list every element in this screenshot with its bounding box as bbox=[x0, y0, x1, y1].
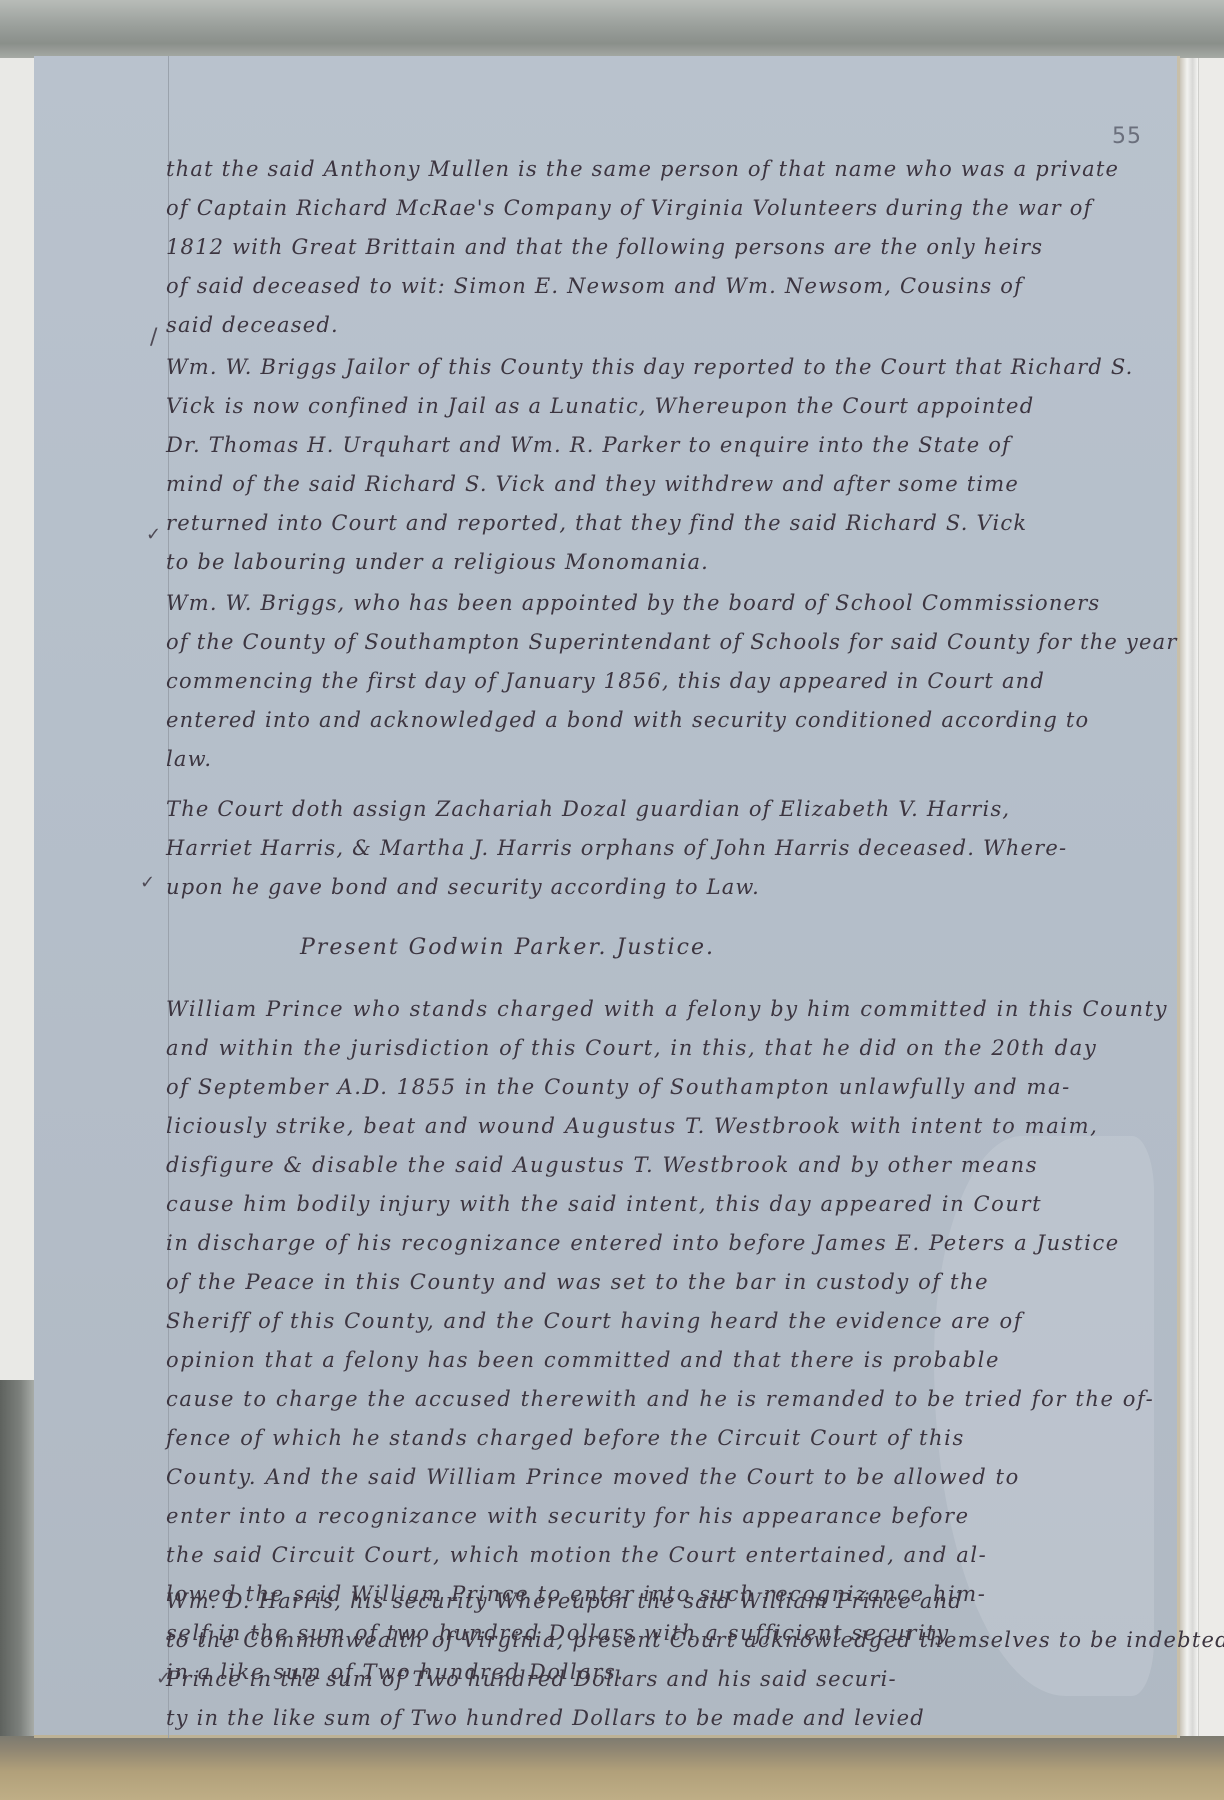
binding-top-edge bbox=[0, 0, 1224, 58]
entry-mullen-heirs: that the said Anthony Mullen is the same… bbox=[166, 150, 1166, 345]
text-line: Sheriff of this County, and the Court ha… bbox=[166, 1302, 1166, 1341]
text-line: that the said Anthony Mullen is the same… bbox=[166, 150, 1166, 189]
present-justice-heading: Present Godwin Parker. Justice. bbox=[300, 935, 715, 960]
text-line: Prince in the sum of Two hundred Dollars… bbox=[166, 1660, 1166, 1699]
text-line: said deceased. bbox=[166, 306, 1166, 345]
text-line: upon he gave bond and security according… bbox=[166, 868, 1166, 907]
text-line: fence of which he stands charged before … bbox=[166, 1419, 1166, 1458]
text-line: disfigure & disable the said Augustus T.… bbox=[166, 1146, 1166, 1185]
margin-stroke: / bbox=[150, 325, 157, 350]
entry-briggs-superintendent: Wm. W. Briggs, who has been appointed by… bbox=[166, 584, 1166, 779]
text-line: The Court doth assign Zachariah Dozal gu… bbox=[166, 790, 1166, 829]
book-bottom-edge bbox=[0, 1736, 1224, 1800]
text-line: returned into Court and reported, that t… bbox=[166, 504, 1166, 543]
text-line: Wm. W. Briggs Jailor of this County this… bbox=[166, 348, 1166, 387]
text-line: to be labouring under a religious Monoma… bbox=[166, 543, 1166, 582]
text-line: of said deceased to wit: Simon E. Newsom… bbox=[166, 267, 1166, 306]
text-line: of the Peace in this County and was set … bbox=[166, 1263, 1166, 1302]
text-line: ty in the like sum of Two hundred Dollar… bbox=[166, 1699, 1166, 1738]
text-line: Dr. Thomas H. Urquhart and Wm. R. Parker… bbox=[166, 426, 1166, 465]
text-line: Wm. D. Harris, his security Whereupon th… bbox=[166, 1582, 1166, 1621]
text-line: law. bbox=[166, 740, 1166, 779]
text-line: in discharge of his recognizance entered… bbox=[166, 1224, 1166, 1263]
text-line: entered into and acknowledged a bond wit… bbox=[166, 701, 1166, 740]
entry-harris-guardian: The Court doth assign Zachariah Dozal gu… bbox=[166, 790, 1166, 907]
text-line: cause to charge the accused therewith an… bbox=[166, 1380, 1166, 1419]
text-line: Harriet Harris, & Martha J. Harris orpha… bbox=[166, 829, 1166, 868]
checkmark-icon: ✓ bbox=[156, 1668, 171, 1689]
text-line: 1812 with Great Brittain and that the fo… bbox=[166, 228, 1166, 267]
text-line: and within the jurisdiction of this Cour… bbox=[166, 1029, 1166, 1068]
text-line: Vick is now confined in Jail as a Lunati… bbox=[166, 387, 1166, 426]
text-line: opinion that a felony has been committed… bbox=[166, 1341, 1166, 1380]
text-line: of Captain Richard McRae's Company of Vi… bbox=[166, 189, 1166, 228]
entry-vick-lunatic: Wm. W. Briggs Jailor of this County this… bbox=[166, 348, 1166, 582]
text-line: cause him bodily injury with the said in… bbox=[166, 1185, 1166, 1224]
text-line: of September A.D. 1855 in the County of … bbox=[166, 1068, 1166, 1107]
text-line: of the County of Southampton Superintend… bbox=[166, 623, 1166, 662]
left-shadow bbox=[0, 1380, 34, 1740]
page-number: 55 bbox=[1112, 124, 1142, 149]
text-line: County. And the said William Prince move… bbox=[166, 1458, 1166, 1497]
text-line: the said Circuit Court, which motion the… bbox=[166, 1536, 1166, 1575]
text-line: commencing the first day of January 1856… bbox=[166, 662, 1166, 701]
text-line: enter into a recognizance with security … bbox=[166, 1497, 1166, 1536]
text-line: mind of the said Richard S. Vick and the… bbox=[166, 465, 1166, 504]
text-line: liciously strike, beat and wound Augustu… bbox=[166, 1107, 1166, 1146]
text-line: to the Commonwealth of Virginia, present… bbox=[166, 1621, 1166, 1660]
entry-prince-recognizance: Wm. D. Harris, his security Whereupon th… bbox=[166, 1582, 1166, 1738]
text-line: William Prince who stands charged with a… bbox=[166, 990, 1166, 1029]
text-line: Wm. W. Briggs, who has been appointed by… bbox=[166, 584, 1166, 623]
checkmark-icon: ✓ bbox=[146, 524, 161, 545]
checkmark-icon: ✓ bbox=[140, 872, 155, 893]
plastic-sleeve-edge bbox=[1180, 40, 1199, 1760]
